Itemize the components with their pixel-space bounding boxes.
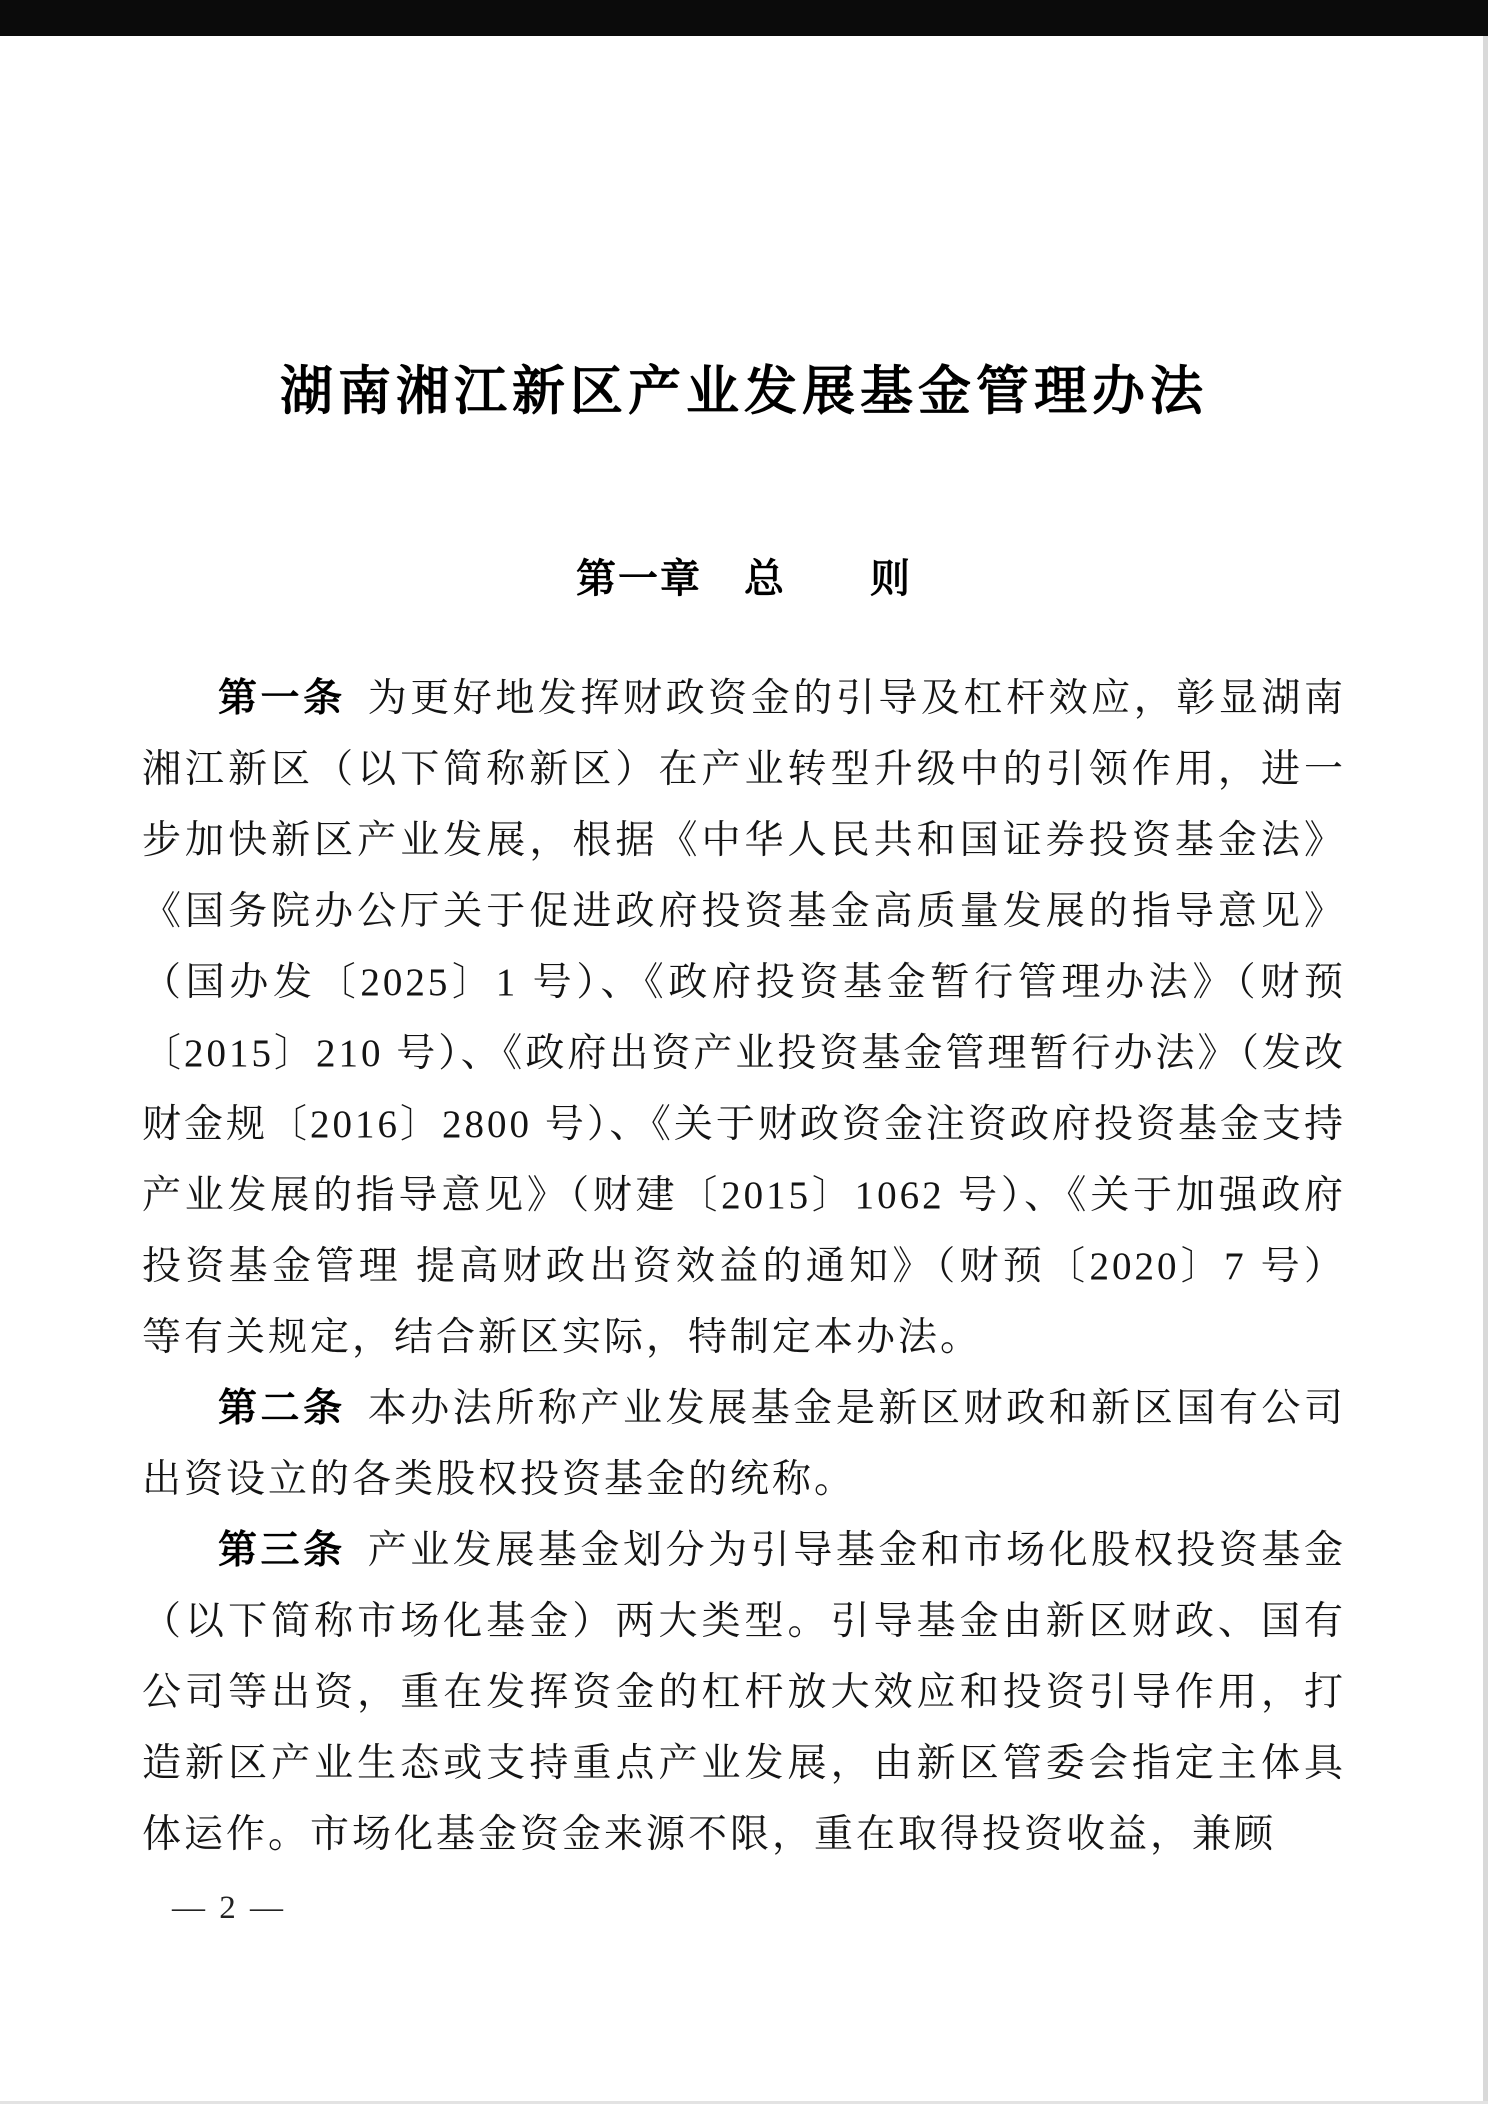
article-paragraph-2: 第二条本办法所称产业发展基金是新区财政和新区国有公司出资设立的各类股权投资基金的… — [142, 1373, 1346, 1515]
scan-top-edge — [0, 0, 1488, 36]
scan-right-edge — [1483, 36, 1488, 2104]
article-2-lead: 第二条 — [218, 1387, 346, 1430]
article-3-lead: 第三条 — [218, 1529, 346, 1572]
chapter-heading: 第一章 总 则 — [0, 556, 1488, 602]
document-body: 第一条为更好地发挥财政资金的引导及杠杆效应，彰显湖南湘江新区（以下简称新区）在产… — [142, 663, 1346, 1870]
article-3-text: 产业发展基金划分为引导基金和市场化股权投资基金（以下简称市场化基金）两大类型。引… — [142, 1529, 1346, 1856]
document-page: 湖南湘江新区产业发展基金管理办法 第一章 总 则 第一条为更好地发挥财政资金的引… — [0, 0, 1488, 2104]
document-title: 湖南湘江新区产业发展基金管理办法 — [0, 362, 1488, 422]
article-1-lead: 第一条 — [218, 677, 346, 720]
article-paragraph-1: 第一条为更好地发挥财政资金的引导及杠杆效应，彰显湖南湘江新区（以下简称新区）在产… — [142, 663, 1346, 1373]
article-1-text: 为更好地发挥财政资金的引导及杠杆效应，彰显湖南湘江新区（以下简称新区）在产业转型… — [142, 677, 1346, 1359]
article-paragraph-3: 第三条产业发展基金划分为引导基金和市场化股权投资基金（以下简称市场化基金）两大类… — [142, 1515, 1346, 1870]
page-number-footer: — 2 — — [172, 1888, 286, 1928]
